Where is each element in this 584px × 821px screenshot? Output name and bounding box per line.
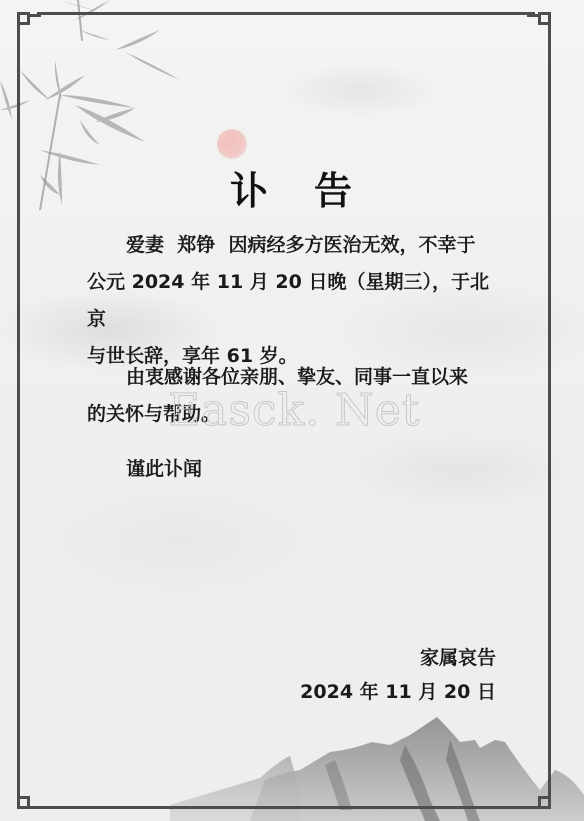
title-char: 告 xyxy=(314,160,354,215)
announcement-paragraph: 爱妻 郑铮 因病经多方医治无效，不幸于 公元 2024 年 11 月 20 日晚… xyxy=(87,227,507,375)
title-char: 讣 xyxy=(230,160,270,215)
closing-line: 谨此讣闻 xyxy=(87,451,507,488)
frame-right xyxy=(548,35,551,785)
signature-date: 2024 年 11 月 20 日 xyxy=(300,677,496,704)
paragraph-line: 公元 2024 年 11 月 20 日晚（星期三），于北京 xyxy=(87,264,507,338)
page-title: 讣告 xyxy=(0,160,584,215)
frame-bottom xyxy=(37,806,535,809)
corner-ornament-icon xyxy=(15,785,41,811)
corner-ornament-icon xyxy=(527,10,553,36)
signature-from: 家属哀告 xyxy=(420,643,496,670)
watermark: Easck. Net xyxy=(168,385,420,436)
frame-left xyxy=(17,35,20,785)
ink-mountains-icon xyxy=(0,700,584,821)
paragraph-line: 爱妻 郑铮 因病经多方医治无效，不幸于 xyxy=(126,234,475,256)
closing-text: 谨此讣闻 xyxy=(126,458,202,480)
corner-ornament-icon xyxy=(15,10,41,36)
frame-top xyxy=(37,12,535,15)
corner-ornament-icon xyxy=(527,785,553,811)
red-sun-icon xyxy=(217,129,247,159)
